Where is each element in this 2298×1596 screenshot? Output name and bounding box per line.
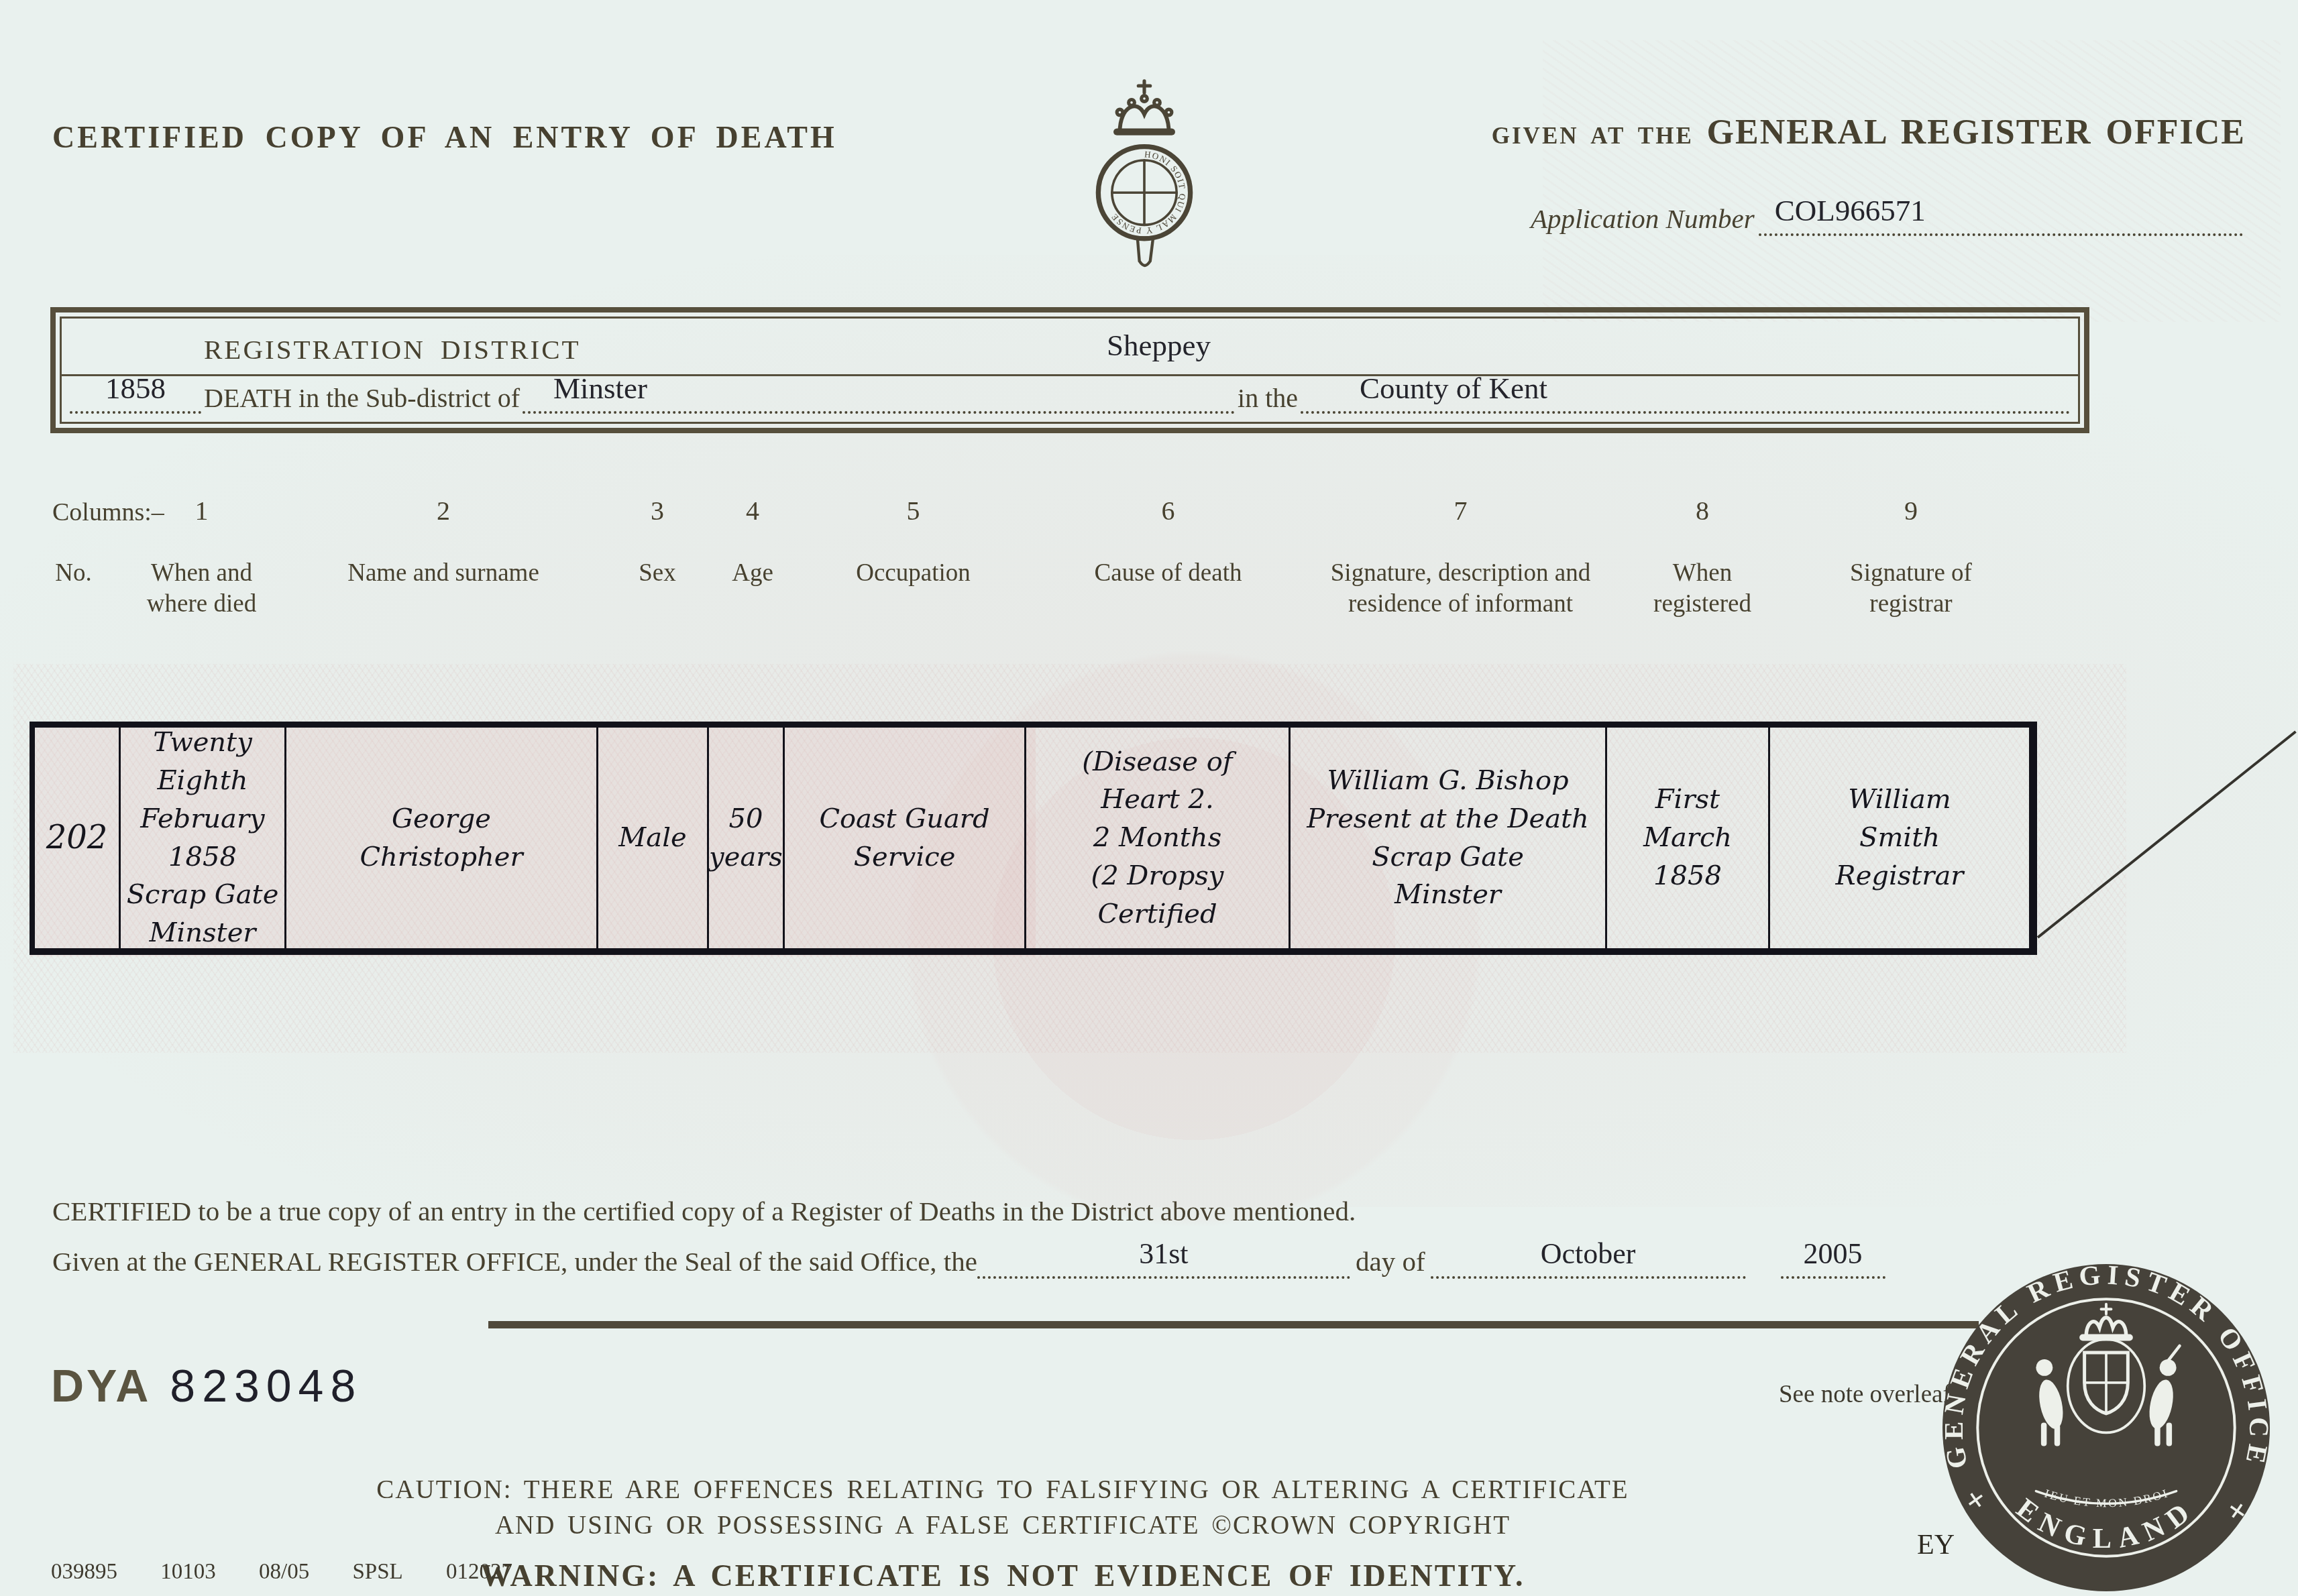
entry-cause-of-death: (Disease of Heart 2. 2 Months (2 Dropsy … [1026, 728, 1291, 948]
subdistrict-value: Minster [523, 371, 647, 406]
application-number-value: COL966571 [1759, 193, 1926, 228]
gro-name: GENERAL REGISTER OFFICE [1707, 113, 2246, 152]
print-code: SPSL [352, 1560, 402, 1584]
gro-seal-icon: GENERAL REGISTER OFFICE ENGLAND + + [1938, 1261, 2274, 1595]
caution-line-1: CAUTION: THERE ARE OFFENCES RELATING TO … [282, 1473, 1724, 1508]
given-prefix: Given at the GENERAL REGISTER OFFICE, un… [52, 1245, 977, 1279]
guilloche-top-watermark [1543, 40, 2281, 322]
entry-informant: William G. Bishop Present at the Death S… [1291, 728, 1607, 948]
year-line: 1858 [70, 376, 201, 414]
death-subdistrict-label: DEATH in the Sub-district of [201, 382, 523, 414]
column-number: 5 [791, 495, 1035, 526]
given-at-gro-row: Given at the GENERAL REGISTER OFFICE, un… [52, 1242, 2081, 1279]
print-codes: 039895 10103 08/05 SPSL 012027 [51, 1560, 550, 1585]
ey-mark: EY [1917, 1529, 1955, 1561]
caution-line-2: AND USING OR POSSESSING A FALSE CERTIFIC… [282, 1508, 1724, 1544]
subdistrict-line: Minster [523, 376, 1235, 414]
print-code: 10103 [160, 1560, 216, 1584]
year-value: 1858 [105, 371, 166, 406]
given-at-gro-title: GIVEN AT THE GENERAL REGISTER OFFICE [1492, 113, 2246, 152]
column-number: 7 [1301, 495, 1620, 526]
registration-district-box: REGISTRATION DISTRICT Sheppey 1858 DEATH… [50, 307, 2089, 433]
column-header-name-surname: Name and surname [286, 558, 601, 620]
application-number-row: Application Number COL966571 [1531, 198, 2243, 236]
year-line-2005: 2005 [1781, 1242, 1885, 1279]
separator-rule [488, 1321, 1979, 1328]
column-number: 1 [117, 495, 286, 526]
entry-sex: Male [598, 728, 709, 948]
column-numbers-row: 1 2 3 4 5 6 7 8 9 [30, 495, 2037, 526]
entry-occupation: Coast Guard Service [785, 728, 1026, 948]
column-number: 3 [601, 495, 714, 526]
column-header-no: No. [30, 558, 117, 620]
column-number: 8 [1620, 495, 1785, 526]
column-header-cause-of-death: Cause of death [1035, 558, 1301, 620]
column-number: 9 [1785, 495, 2037, 526]
county-value: County of Kent [1301, 371, 1547, 406]
column-number: 2 [286, 495, 601, 526]
column-header-age: Age [714, 558, 791, 620]
entry-age: 50 years [709, 728, 785, 948]
month-line: October [1431, 1242, 1746, 1279]
column-headers-row: No. When and where died Name and surname… [30, 558, 2037, 620]
month-value: October [1541, 1237, 1636, 1271]
serial-prefix: DYA [51, 1361, 151, 1412]
registration-district-box-inner: REGISTRATION DISTRICT Sheppey 1858 DEATH… [60, 317, 2080, 424]
certified-statement: CERTIFIED to be a true copy of an entry … [52, 1195, 1356, 1227]
in-the-label: in the [1235, 382, 1301, 414]
entry-name-surname: George Christopher [286, 728, 598, 948]
registration-district-value: Sheppey [1107, 328, 1211, 363]
closing-diagonal-line [2037, 730, 2297, 938]
entry-registrar-signature: William Smith Registrar [1770, 728, 2029, 948]
registration-district-label: REGISTRATION DISTRICT [204, 333, 581, 365]
column-header-when-where-died: When and where died [117, 558, 286, 620]
entry-when-registered: First March 1858 [1607, 728, 1770, 948]
see-note-overleaf: See note overleaf [1779, 1380, 1951, 1409]
column-number: 6 [1035, 495, 1301, 526]
entry-no: 202 [35, 728, 121, 948]
certificate-title: CERTIFIED COPY OF AN ENTRY OF DEATH [52, 119, 837, 155]
serial-number: 823048 [170, 1361, 362, 1412]
county-line: County of Kent [1301, 376, 2070, 414]
column-header-registrar-signature: Signature of registrar [1785, 558, 2037, 620]
print-code: 039895 [51, 1560, 117, 1584]
column-header-occupation: Occupation [791, 558, 1035, 620]
column-number-spacer [30, 495, 117, 526]
column-header-informant: Signature, description and residence of … [1301, 558, 1620, 620]
print-code: 08/05 [259, 1560, 309, 1584]
entry-when-where-died: Twenty Eighth February 1858 Scrap Gate M… [121, 728, 286, 948]
day-of-label: day of [1356, 1245, 1425, 1279]
certificate-serial: DYA823048 [51, 1360, 362, 1412]
print-code: 012027 [446, 1560, 512, 1584]
register-entry-table: 202 Twenty Eighth February 1858 Scrap Ga… [30, 722, 2037, 955]
application-number-label: Application Number [1531, 203, 1755, 236]
royal-garter-crest-icon: HONI SOIT QUI MAL Y PENSE [1079, 75, 1210, 271]
day-line: 31st [977, 1242, 1350, 1279]
issue-year-value: 2005 [1804, 1237, 1863, 1271]
column-number: 4 [714, 495, 791, 526]
column-header-when-registered: When registered [1620, 558, 1785, 620]
given-at-prefix: GIVEN AT THE [1492, 123, 1707, 149]
column-header-sex: Sex [601, 558, 714, 620]
day-value: 31st [1139, 1237, 1188, 1271]
application-number-line: COL966571 [1759, 198, 2243, 236]
death-certificate-page: CERTIFIED COPY OF AN ENTRY OF DEATH HONI… [0, 0, 2298, 1596]
